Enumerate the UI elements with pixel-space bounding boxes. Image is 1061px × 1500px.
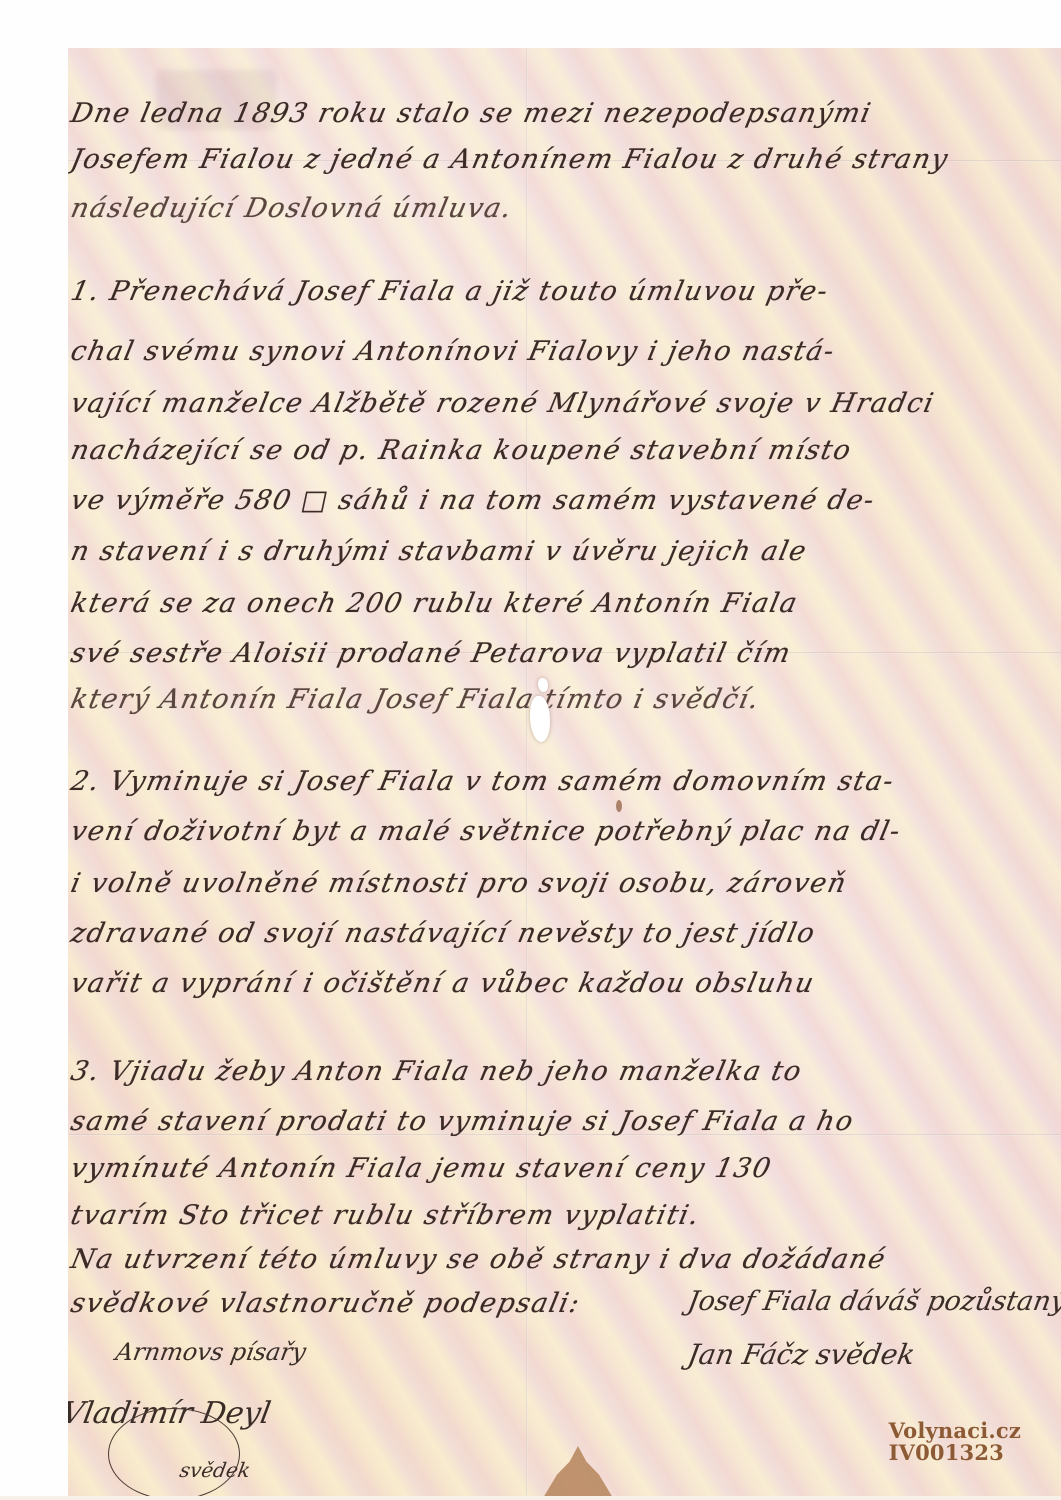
- ink-spot: [616, 800, 622, 812]
- text-line: vymínuté Antonín Fiala jemu stavení ceny…: [68, 1153, 775, 1184]
- text-line: n stavení i s druhými stavbami v úvěru j…: [68, 536, 810, 567]
- signature-left-top: Arnmovs písařy: [114, 1338, 309, 1366]
- text-line: 2. Vyminuje si Josef Fiala v tom samém d…: [68, 766, 898, 797]
- text-line: vající manželce Alžbětě rozené Mlynářové…: [68, 388, 937, 419]
- signature-role-svedek: svědek: [178, 1458, 252, 1482]
- text-line: nacházející se od p. Rainka koupené stav…: [68, 435, 855, 466]
- watermark-site: Volynaci.cz: [889, 1420, 1021, 1442]
- text-line: vení doživotní byt a malé světnice potře…: [68, 816, 904, 847]
- text-line: samé stavení prodati to vyminuje si Jose…: [68, 1106, 857, 1137]
- scan-background: Dne ledna 1893 roku stalo se mezi nezepo…: [0, 0, 1061, 1500]
- paper-hole: [530, 696, 550, 742]
- text-line: i volně uvolněné místnosti pro svoji oso…: [68, 868, 850, 899]
- text-line: Josefem Fialou z jedné a Antonínem Fialo…: [68, 144, 952, 175]
- signature-flourish: [108, 1408, 240, 1496]
- text-line: Na utvrzení této úmluvy se obě strany i …: [68, 1244, 889, 1275]
- text-line: zdravané od svojí nastávající nevěsty to…: [68, 918, 819, 949]
- document-paper: Dne ledna 1893 roku stalo se mezi nezepo…: [68, 48, 1061, 1496]
- signature-josef-fiala: Josef Fiala dáváš pozůstaný: [685, 1286, 1061, 1317]
- text-line: ve výměře 580 □ sáhů i na tom samém vyst…: [68, 485, 878, 516]
- text-line: chal svému synovi Antonínovi Fialovy i j…: [68, 336, 838, 367]
- text-line: 1. Přenechává Josef Fiala a již touto úm…: [68, 276, 832, 307]
- watermark: Volynaci.cz IV001323: [889, 1420, 1021, 1464]
- text-line: 3. Vjiadu žeby Anton Fiala neb jeho manž…: [68, 1056, 805, 1087]
- scan-bottom-edge: [0, 1496, 1061, 1500]
- text-line: která se za onech 200 rublu které Antoní…: [68, 588, 801, 619]
- text-line: své sestře Aloisii prodané Petarova vypl…: [68, 638, 794, 669]
- text-line: Dne ledna 1893 roku stalo se mezi nezepo…: [68, 98, 875, 129]
- paper-hole: [538, 678, 548, 692]
- text-line: následující Doslovná úmluva.: [68, 193, 515, 224]
- text-line: tvarím Sto třicet rublu stříbrem vyplati…: [68, 1200, 703, 1231]
- text-line: svědkové vlastnoručně podepsali:: [68, 1288, 584, 1319]
- bottom-stain: [543, 1446, 613, 1496]
- watermark-id: IV001323: [889, 1442, 1021, 1464]
- text-line: vařit a vyprání i očištění a vůbec každo…: [68, 968, 818, 999]
- signature-witness-right: Jan Fáčz svědek: [685, 1338, 917, 1371]
- text-line: který Antonín Fiala Josef Fiala tímto i …: [68, 684, 763, 715]
